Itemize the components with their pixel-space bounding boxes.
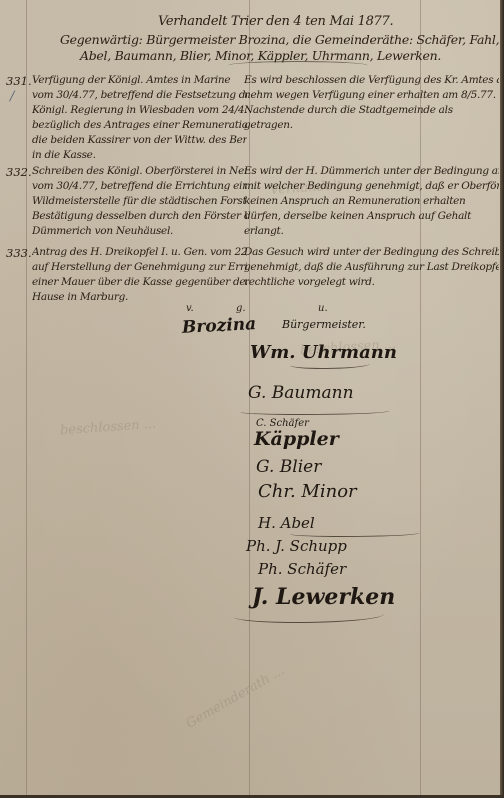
- signature: Ph. J. Schupp: [246, 537, 347, 555]
- text-line: die beiden Kassirer von der Wittw. des B…: [32, 133, 247, 148]
- entry-333-resolution: Das Gesuch wird unter der Bedingung des …: [244, 245, 499, 290]
- signature: Chr. Minor: [258, 481, 357, 502]
- signature: G. Blier: [256, 457, 321, 477]
- entry-number: 332.: [6, 165, 32, 179]
- text-line: erlangt.: [244, 224, 499, 239]
- text-line: Nachstende durch die Stadtgemeinde als: [244, 103, 499, 118]
- header-attendees-line: Gegenwärtig: Bürgermeister Brozina, die …: [60, 32, 504, 47]
- mayor-signature: Brozina: [182, 314, 257, 338]
- entry-332-resolution: Es wird der H. Dümmerich unter der Bedin…: [244, 164, 499, 239]
- text-line: Bestätigung desselben durch den Förster …: [32, 209, 247, 224]
- signature: G. Baumann: [248, 383, 354, 403]
- bleed-through-text: Gemeinderath ...: [184, 663, 287, 731]
- signature-flourish: [240, 408, 390, 415]
- text-line: nehm wegen Verfügung einer erhalten am 8…: [244, 88, 499, 103]
- entry-number: 333.: [6, 246, 32, 260]
- signature-flourish: [234, 608, 384, 623]
- text-line: getragen.: [244, 118, 499, 133]
- bleed-through-text: beschlossen ...: [60, 417, 157, 439]
- text-line: mit welcher Bedingung genehmigt, daß er …: [244, 179, 499, 194]
- signature-flourish: [290, 530, 420, 537]
- text-line: in die Kasse.: [32, 148, 247, 163]
- text-line: vom 30/4.77, betreffend die Errichtung e…: [32, 179, 247, 194]
- text-line: vom 30/4.77, betreffend die Festsetzung …: [32, 88, 247, 103]
- text-line: keinen Anspruch an Remuneration erhalten: [244, 194, 499, 209]
- text-line: auf Herstellung der Genehmigung zur Erri…: [32, 260, 247, 275]
- signature: Ph. Schäfer: [258, 560, 346, 578]
- text-line: Dümmerich von Neuhäusel.: [32, 224, 247, 239]
- vote-mark: g.: [236, 303, 246, 314]
- text-line: Es wird der H. Dümmerich unter der Bedin…: [244, 164, 499, 179]
- page-edge-shadow: [500, 0, 504, 798]
- vote-mark: u.: [318, 303, 328, 314]
- entry-number: 331.: [6, 74, 32, 88]
- pencil-margin-mark: /: [10, 89, 14, 104]
- entry-333-subject: Antrag des H. Dreikopfel I. u. Gen. vom …: [32, 245, 247, 305]
- text-line: Verfügung der Königl. Amtes in Marine: [32, 73, 247, 88]
- document-page: Verhandelt ... beschlossen ... Gemeinder…: [0, 0, 504, 798]
- mayor-title: Bürgermeister.: [282, 318, 366, 331]
- text-line: Königl. Regierung in Wiesbaden vom 24/4.…: [32, 103, 247, 118]
- text-line: bezüglich des Antrages einer Remuneratio…: [32, 118, 247, 133]
- text-line: einer Mauer über die Kasse gegenüber dem: [32, 275, 247, 290]
- entry-332-subject: Schreiben des Königl. Oberförsterei in N…: [32, 164, 247, 239]
- entry-331-resolution: Es wird beschlossen die Verfügung des Kr…: [244, 73, 499, 133]
- text-line: dürfen, derselbe keinen Anspruch auf Geh…: [244, 209, 499, 224]
- text-line: rechtliche vorgelegt wird.: [244, 275, 499, 290]
- vote-mark: v.: [186, 303, 194, 314]
- text-line: genehmigt, daß die Ausführung zur Last D…: [244, 260, 499, 275]
- header-flourish: [228, 61, 368, 70]
- text-line: Wildmeisterstelle für die städtischen Fo…: [32, 194, 247, 209]
- text-line: Schreiben des Königl. Oberförsterei in N…: [32, 164, 247, 179]
- text-line: Das Gesuch wird unter der Bedingung des …: [244, 245, 499, 260]
- signature: J. Lewerken: [252, 584, 395, 610]
- margin-rule-left: [26, 0, 27, 798]
- text-line: Es wird beschlossen die Verfügung des Kr…: [244, 73, 499, 88]
- signature: Käppler: [254, 428, 339, 450]
- header-date-line: Verhandelt Trier den 4 ten Mai 1877.: [158, 14, 393, 29]
- text-line: Antrag des H. Dreikopfel I. u. Gen. vom …: [32, 245, 247, 260]
- signature-flourish: [290, 360, 370, 369]
- entry-331-subject: Verfügung der Königl. Amtes in Marine vo…: [32, 73, 247, 163]
- text-line: Hause in Marburg.: [32, 290, 247, 305]
